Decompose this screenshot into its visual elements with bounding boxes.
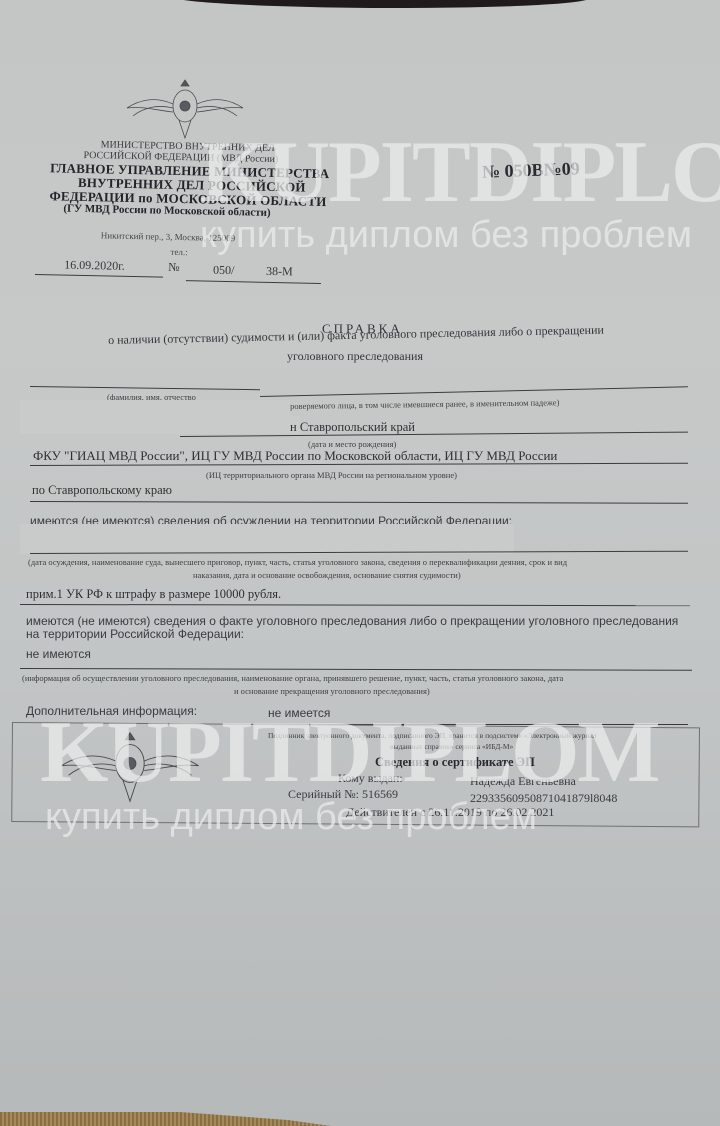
date-underline [35, 274, 163, 278]
phone-label: тел.: [170, 247, 187, 257]
redacted-conviction-details [20, 524, 514, 554]
signature-note-line-2: выданных справок» сервиса «ИБД-М» [390, 742, 513, 751]
organ-caption: (ИЦ территориального органа МВД России н… [206, 470, 457, 480]
organ-value-line-2: по Ставропольскому краю [32, 483, 172, 498]
mvd-emblem-signature-icon [55, 728, 205, 806]
serial-label: Серийный №: 516569 [288, 787, 398, 802]
conviction-caption-line-1: (дата осуждения, наименование суда, выне… [28, 557, 567, 567]
signature-note-line-1: Подлинник электронного документа, подпис… [268, 731, 597, 740]
prosecution-caption-line-1: (информация об осуществлении уголовного … [22, 673, 563, 683]
prosecution-label-line-2: на территории Российской Федерации: [26, 627, 244, 641]
organ-value-line-1: ФКУ "ГИАЦ МВД России", ИЦ ГУ МВД России … [33, 448, 557, 464]
issue-date: 16.09.2020г. [64, 258, 125, 274]
number-sign: № [168, 260, 180, 275]
conviction-caption-line-2: наказания, дата и основание освобождения… [193, 570, 461, 580]
reg-number-underline [186, 280, 321, 284]
certificate-title: Сведения о сертификате ЭП [375, 755, 535, 770]
additional-info-label: Дополнительная информация: [26, 704, 197, 718]
prosecution-value: не имеются [26, 647, 91, 661]
prosecution-caption-line-2: и основание прекращения уголовного пресл… [234, 686, 430, 696]
issued-to-label: Кому выдан: [338, 771, 403, 786]
issued-to-value: Надежда Евгеньевна [470, 774, 576, 789]
reg-number-part-1: 050/ [213, 263, 235, 278]
birth-place-value: н Ставропольский край [290, 420, 415, 435]
document-subtitle-line-2: уголовного преследования [287, 349, 423, 364]
serial-value: 22933560950871041879l8048 [470, 791, 617, 806]
validity-period: Действителен с 26.11.2019 по 26.02.2021 [346, 805, 554, 820]
additional-info-value: не имеется [268, 706, 330, 720]
reg-number-part-2: 38-М [266, 264, 293, 280]
prosecution-label-line-1: имеются (не имеются) сведения о факте уг… [26, 614, 678, 628]
conviction-value: прим.1 УК РФ к штрафу в размере 10000 ру… [26, 587, 281, 602]
address: Никитский пер., 3, Москва, 125009 [101, 230, 236, 243]
document-number: № 050В№09 [482, 158, 580, 182]
redacted-birth-date [20, 416, 300, 434]
